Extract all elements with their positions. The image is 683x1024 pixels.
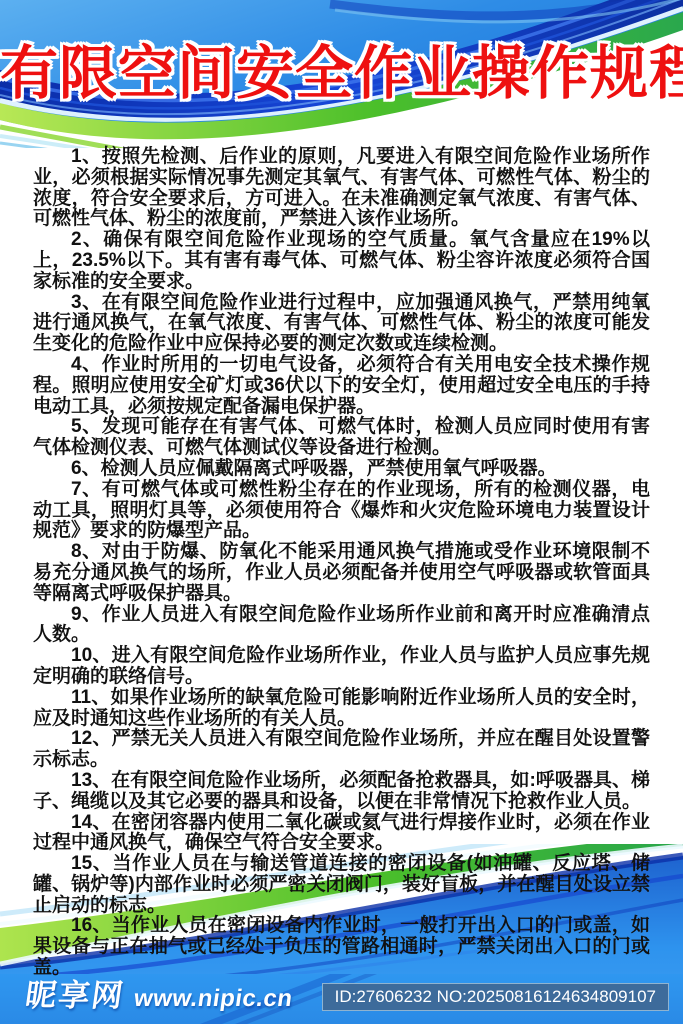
procedure-item: 15、当作业人员在与输送管道连接的密闭设备(如油罐、反应塔、储罐、锅炉等)内部作… — [33, 854, 650, 916]
procedure-item: 12、严禁无关人员进入有限空间危险作业场所，并应在醒目处设置警示标志。 — [33, 729, 650, 771]
poster-root: 有限空间安全作业操作规程 1、按照先检测、后作业的原则，凡要进入有限空间危险作业… — [0, 0, 683, 1024]
page-title: 有限空间安全作业操作规程 — [0, 44, 683, 105]
site-logo: 昵享网 — [23, 970, 128, 1015]
site-url: www.nipic.cn — [132, 985, 294, 1013]
footer-bar: 昵享网 www.nipic.cn ID:27606232 NO:20250816… — [0, 972, 683, 1024]
procedure-item: 10、进入有限空间危险作业场所作业，作业人员与监护人员应事先规定明确的联络信号。 — [33, 646, 650, 688]
procedure-item: 4、作业时所用的一切电气设备，必须符合有关用电安全技术操作规程。照明应使用安全矿… — [33, 355, 650, 417]
procedure-item: 11、如果作业场所的缺氧危险可能影响附近作业场所人员的安全时，应及时通知这些作业… — [33, 688, 650, 730]
procedure-item: 7、有可燃气体或可燃性粉尘存在的作业现场，所有的检测仪器，电动工具，照明灯具等，… — [33, 480, 650, 542]
procedure-item: 13、在有限空间危险作业场所，必须配备抢救器具，如:呼吸器具、梯子、绳缆以及其它… — [33, 771, 650, 813]
procedure-item: 14、在密闭容器内使用二氧化碳或氦气进行焊接作业时，必须在作业过程中通风换气，确… — [33, 813, 650, 855]
procedure-item: 1、按照先检测、后作业的原则，凡要进入有限空间危险作业场所作业，必须根据实际情况… — [33, 147, 650, 230]
procedure-item: 6、检测人员应佩戴隔离式呼吸器，严禁使用氧气呼吸器。 — [33, 459, 650, 480]
procedure-item: 2、确保有限空间危险作业现场的空气质量。氧气含量应在19%以上，23.5%以下。… — [33, 230, 650, 292]
site-brand: 昵享网 www.nipic.cn — [23, 970, 297, 1015]
procedure-list: 1、按照先检测、后作业的原则，凡要进入有限空间危险作业场所作业，必须根据实际情况… — [33, 147, 650, 979]
image-id-badge: ID:27606232 NO:20250816124634809107 — [322, 983, 669, 1011]
procedure-item: 9、作业人员进入有限空间危险作业场所作业前和离开时应准确清点人数。 — [33, 605, 650, 647]
procedure-item: 3、在有限空间危险作业进行过程中，应加强通风换气，严禁用纯氧进行通风换气，在氧气… — [33, 293, 650, 355]
procedure-item: 8、对由于防爆、防氧化不能采用通风换气措施或受作业环境限制不易充分通风换气的场所… — [33, 542, 650, 604]
procedure-item: 5、发现可能存在有害气体、可燃气体时，检测人员应同时使用有害气体检测仪表、可燃气… — [33, 417, 650, 459]
